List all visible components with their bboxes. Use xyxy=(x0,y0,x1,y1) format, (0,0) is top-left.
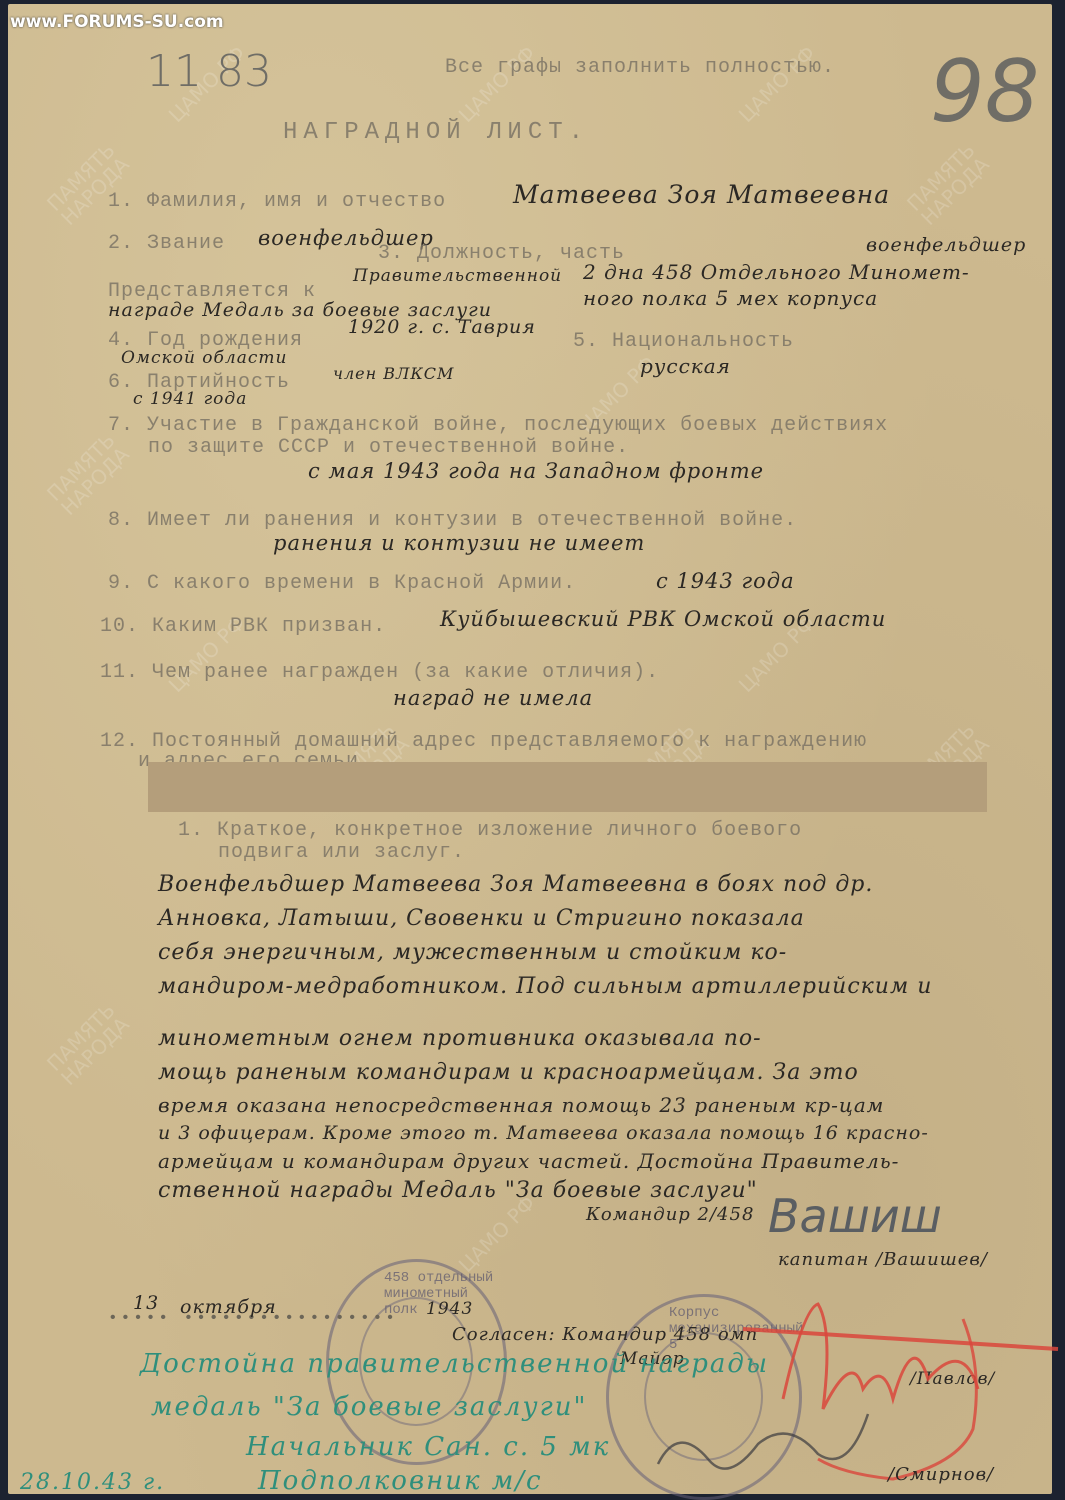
resolution-line-2: медаль "За боевые заслуги" xyxy=(151,1392,587,1422)
field-6-value: член ВЛКСМ xyxy=(333,364,454,383)
archive-number-right: 98 xyxy=(930,42,1039,142)
feat-line-10: ственной награды Медаль "За боевые заслу… xyxy=(158,1174,758,1208)
field-2-label: 2. Звание xyxy=(108,232,225,255)
resolution-signer-name: /Смирнов/ xyxy=(888,1464,994,1485)
pencil-signature-scrawl xyxy=(648,1404,878,1494)
field-10-label: 10. Каким РВК призван. xyxy=(100,615,386,638)
feat-line-2: Анновка, Латыши, Свовенки и Стригино пок… xyxy=(158,902,805,936)
resolution-line-1: Достойна правительственной награды xyxy=(140,1349,769,1379)
field-7-value: с мая 1943 года на Западном фронте xyxy=(308,459,764,483)
field-10-value: Куйбышевский РВК Омской области xyxy=(440,607,886,631)
agreement-line: Согласен: Командир 458 омп xyxy=(452,1324,758,1345)
commander-signature: Вашиш xyxy=(768,1189,942,1243)
field-1-label: 1. Фамилия, имя и отчество xyxy=(108,190,446,213)
field-4-value: 1920 г. с. Таврия xyxy=(348,316,536,338)
feat-line-9: армейцам и командирам других частей. Дос… xyxy=(158,1144,899,1178)
field-8-label: 8. Имеет ли ранения и контузии в отечест… xyxy=(108,509,797,532)
presented-to-value: Правительственной xyxy=(353,266,562,286)
archive-number-left: 11 83 xyxy=(146,46,272,97)
commander-name: капитан /Вашишев/ xyxy=(778,1249,988,1270)
field-7-label: 7. Участие в Гражданской войне, последую… xyxy=(108,414,888,437)
feat-line-3: себя энергичным, мужественным и стойким … xyxy=(158,936,787,970)
commander-title: Командир 2/458 xyxy=(586,1204,754,1225)
field-9-value: с 1943 года xyxy=(656,569,795,593)
site-watermark: www.FORUMS-SU.com xyxy=(10,12,224,32)
archive-watermark: ЦАМО РФ xyxy=(735,42,818,125)
instruction-line: Все графы заполнить полностью. xyxy=(445,56,835,79)
feat-line-4: мандиром-медработником. Под сильным арти… xyxy=(158,970,932,1004)
resolution-line-4: Подполковник м/с xyxy=(258,1466,543,1496)
field-4-value-line2: Омской области xyxy=(121,348,287,368)
document-page: ЦАМО РФ ЦАМО РФ ЦАМО РФ ПАМЯТЬ НАРОДА ПА… xyxy=(8,4,1052,1494)
field-7-label-line2: по защите СССР и отечественной войне. xyxy=(148,436,629,459)
field-5-label: 5. Национальность xyxy=(573,330,794,353)
field-3-value: военфельдшер xyxy=(866,234,1026,256)
date-month: октября xyxy=(180,1296,277,1318)
resolution-date: 28.10.43 г. xyxy=(20,1470,165,1495)
field-3-value-line3: ного полка 5 мех корпуса xyxy=(583,286,878,310)
field-9-label: 9. С какого времени в Красной Армии. xyxy=(108,572,576,595)
field-11-label: 11. Чем ранее награжден (за какие отличи… xyxy=(100,661,659,684)
project-watermark: ПАМЯТЬ НАРОДА xyxy=(31,987,144,1100)
field-11-value: наград не имела xyxy=(393,686,593,710)
field-8-value: ранения и контузии не имеет xyxy=(273,531,645,555)
field-1-value: Матвеева Зоя Матвеевна xyxy=(513,180,890,209)
field-6-value-line2: с 1941 года xyxy=(133,389,247,409)
project-watermark: ПАМЯТЬ НАРОДА xyxy=(891,127,1004,240)
field-3-value-line2: 2 дна 458 Отдельного Миномет- xyxy=(583,260,970,284)
feat-line-6: мощь раненым командирам и красноармейцам… xyxy=(158,1056,859,1090)
project-watermark: ПАМЯТЬ НАРОДА xyxy=(31,127,144,240)
feat-line-1: Военфельдшер Матвеева Зоя Матвеевна в бо… xyxy=(158,868,873,902)
feat-label-line2: подвига или заслуг. xyxy=(218,841,465,864)
field-5-value: русская xyxy=(640,354,731,378)
archive-watermark: ЦАМО РФ xyxy=(455,42,538,125)
resolution-line-3: Начальник Сан. с. 5 мк xyxy=(246,1432,610,1462)
feat-label: 1. Краткое, конкретное изложение личного… xyxy=(178,819,802,842)
date-day: 13 xyxy=(133,1292,159,1314)
document-title: НАГРАДНОЙ ЛИСТ. xyxy=(283,119,589,146)
date-year: 1943 xyxy=(426,1299,473,1319)
feat-line-5: минометным огнем противника оказывала по… xyxy=(158,1022,762,1056)
redacted-address-block xyxy=(148,762,987,812)
